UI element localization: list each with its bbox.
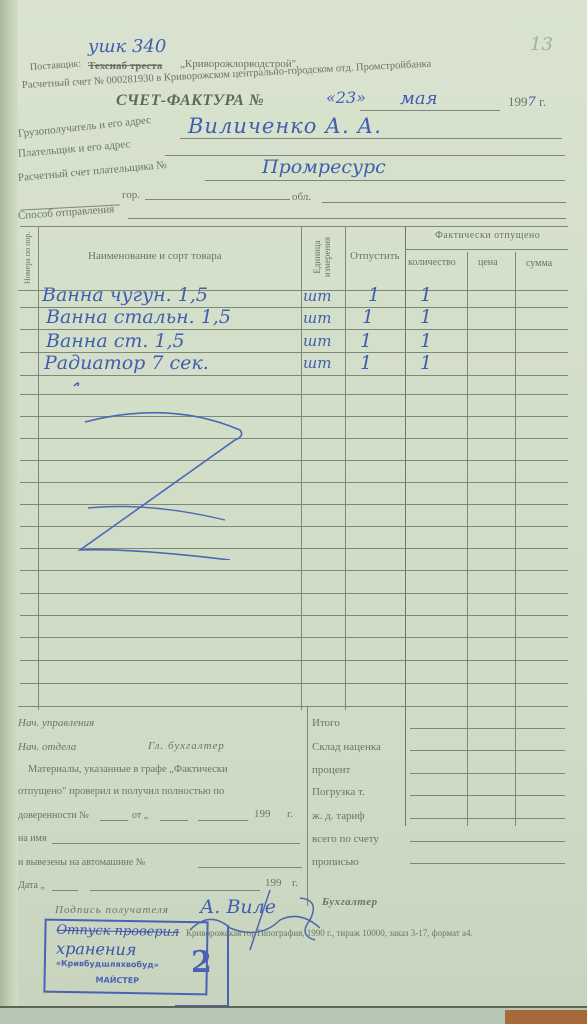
warehouse-markup-label: Склад наценка bbox=[312, 741, 381, 753]
desk-surface bbox=[505, 1010, 587, 1024]
loading-cell-line[interactable] bbox=[410, 795, 565, 796]
row-name: Ванна чугун. 1,5 bbox=[42, 284, 208, 306]
supplier-crossed: Техснаб треста bbox=[88, 60, 162, 72]
tariff-cell-line[interactable] bbox=[410, 818, 565, 819]
header-unit: Единица измерения bbox=[312, 230, 332, 284]
invoice-month: мая bbox=[400, 88, 438, 109]
invoice-day: «23» bbox=[326, 88, 366, 107]
shipping-label: Способ отправления bbox=[18, 203, 115, 222]
header-name: Наименование и сорт товара bbox=[88, 250, 222, 262]
stamp-handwritten-2: хранения bbox=[56, 939, 137, 959]
header-to-release: Отпустить bbox=[350, 250, 400, 262]
stamp-role: МАЙСТЕР bbox=[96, 975, 140, 985]
in-words-cell-line[interactable] bbox=[410, 863, 565, 864]
row-quantity: 1 bbox=[420, 352, 432, 374]
city-label: гор. bbox=[122, 189, 140, 201]
row-to-release: 1 bbox=[360, 352, 372, 374]
vehicle-line[interactable] bbox=[198, 867, 302, 868]
z-strikeout-mark bbox=[70, 380, 270, 560]
row-line bbox=[20, 683, 568, 684]
row-line bbox=[20, 637, 568, 638]
proxy-year-suffix: г. bbox=[287, 808, 293, 820]
invoice-page: 13 ушк 340 Поставщик: Техснаб треста „Кр… bbox=[0, 0, 587, 1008]
city-line[interactable] bbox=[145, 199, 290, 200]
payer-account-line bbox=[205, 180, 565, 181]
recipient-signature-label: Подпись получателя bbox=[55, 904, 169, 916]
proxy-year: 199 bbox=[254, 808, 271, 820]
loading-label: Погрузка т. bbox=[312, 786, 365, 798]
date-label: Дата „ bbox=[18, 880, 45, 891]
row-line bbox=[20, 615, 568, 616]
chief-accountant-label: Гл. бухгалтер bbox=[148, 740, 225, 752]
printer-imprint: Криворожская горТипография, 1990 г., тир… bbox=[186, 928, 473, 938]
stamp-organization: «Кривбудшляхвобуд» bbox=[56, 959, 159, 970]
row-line bbox=[20, 570, 568, 571]
row-name: Ванна ст. 1,5 bbox=[46, 330, 185, 352]
totals-divider bbox=[307, 706, 308, 906]
name-line[interactable] bbox=[52, 843, 300, 844]
row-to-release: 1 bbox=[368, 284, 380, 306]
date-day-line[interactable] bbox=[52, 890, 78, 891]
name-label: на имя bbox=[18, 833, 47, 844]
in-words-label: прописью bbox=[312, 856, 359, 868]
row-line bbox=[20, 593, 568, 594]
row-line bbox=[20, 375, 568, 376]
rail-tariff-label: ж. д. тариф bbox=[312, 810, 365, 822]
row-name: Ванна стальн. 1,5 bbox=[46, 306, 231, 328]
shipping-line[interactable] bbox=[128, 218, 566, 219]
header-actual-group: Фактически отпущено bbox=[435, 230, 540, 241]
head-of-department-label: Нач. отдела bbox=[18, 741, 76, 753]
markup-cell-line[interactable] bbox=[410, 750, 565, 751]
proxy-from-label: от „ bbox=[132, 810, 148, 821]
payer-account-value[interactable]: Промресурс bbox=[262, 156, 386, 178]
row-unit: шт bbox=[303, 287, 331, 305]
row-unit: шт bbox=[303, 354, 331, 372]
invoice-year: 1997 г. bbox=[508, 94, 546, 110]
total-label: Итого bbox=[312, 717, 340, 729]
row-quantity: 1 bbox=[420, 306, 432, 328]
accountant-signature bbox=[170, 880, 340, 960]
handwritten-note: ушк 340 bbox=[88, 36, 166, 57]
proxy-day-line[interactable] bbox=[160, 820, 188, 821]
stamp-handwritten-1: Отпуск проверил bbox=[56, 923, 179, 940]
table-body-bottom bbox=[18, 706, 568, 707]
materials-text-1: Материалы, указанные в графе „Фактически bbox=[28, 764, 228, 775]
materials-text-2: отпущено" проверил и получил полностью п… bbox=[18, 786, 224, 797]
total-cell-line[interactable] bbox=[410, 728, 565, 729]
row-quantity: 1 bbox=[420, 284, 432, 306]
proxy-label: доверенности № bbox=[18, 810, 89, 821]
vehicle-label: и вывезены на автомашине № bbox=[18, 857, 145, 868]
supplier-label: Поставщик: bbox=[30, 58, 82, 73]
row-unit: шт bbox=[303, 309, 331, 327]
row-unit: шт bbox=[303, 332, 331, 350]
proxy-month-line[interactable] bbox=[198, 820, 248, 821]
payer-label: Плательщик и его адрес bbox=[17, 138, 130, 160]
col-divider-quantity bbox=[467, 252, 468, 826]
percent-cell-line[interactable] bbox=[410, 773, 565, 774]
page-bottom-edge bbox=[0, 1006, 587, 1024]
total-invoice-cell-line[interactable] bbox=[410, 841, 565, 842]
year-printed: 199 bbox=[508, 94, 528, 109]
header-price: цена bbox=[478, 257, 498, 268]
proxy-number-line[interactable] bbox=[100, 820, 128, 821]
consignee-value[interactable]: Виличенко А. А. bbox=[188, 114, 382, 138]
year-handwritten: 7 bbox=[528, 95, 536, 110]
page-number: 13 bbox=[530, 34, 553, 55]
actual-group-divider bbox=[405, 249, 568, 250]
total-invoice-label: всего по счету bbox=[312, 833, 379, 845]
invoice-title: СЧЕТ-ФАКТУРА № bbox=[116, 92, 264, 110]
header-number: Номера по пор. bbox=[23, 232, 32, 284]
year-suffix: г. bbox=[539, 94, 546, 109]
row-line bbox=[20, 660, 568, 661]
date-underline bbox=[360, 110, 500, 111]
row-to-release: 1 bbox=[362, 306, 374, 328]
table-top-border bbox=[20, 226, 568, 227]
consignee-label: Грузополучатель и его адрес bbox=[17, 114, 151, 140]
percent-label: процент bbox=[312, 764, 350, 776]
consignee-line bbox=[180, 138, 562, 139]
header-quantity: количество bbox=[408, 257, 456, 268]
head-of-management-label: Нач. управления bbox=[18, 717, 94, 729]
binding-spine bbox=[0, 0, 18, 1008]
region-line[interactable] bbox=[322, 202, 566, 203]
region-label: обл. bbox=[292, 191, 311, 203]
row-quantity: 1 bbox=[420, 330, 432, 352]
header-sum: сумма bbox=[526, 258, 552, 269]
payer-account-label: Расчетный счет плательщика № bbox=[17, 159, 167, 184]
row-name: Радиатор 7 сек. bbox=[44, 352, 209, 374]
row-to-release: 1 bbox=[360, 330, 372, 352]
col-divider-price bbox=[515, 252, 516, 826]
